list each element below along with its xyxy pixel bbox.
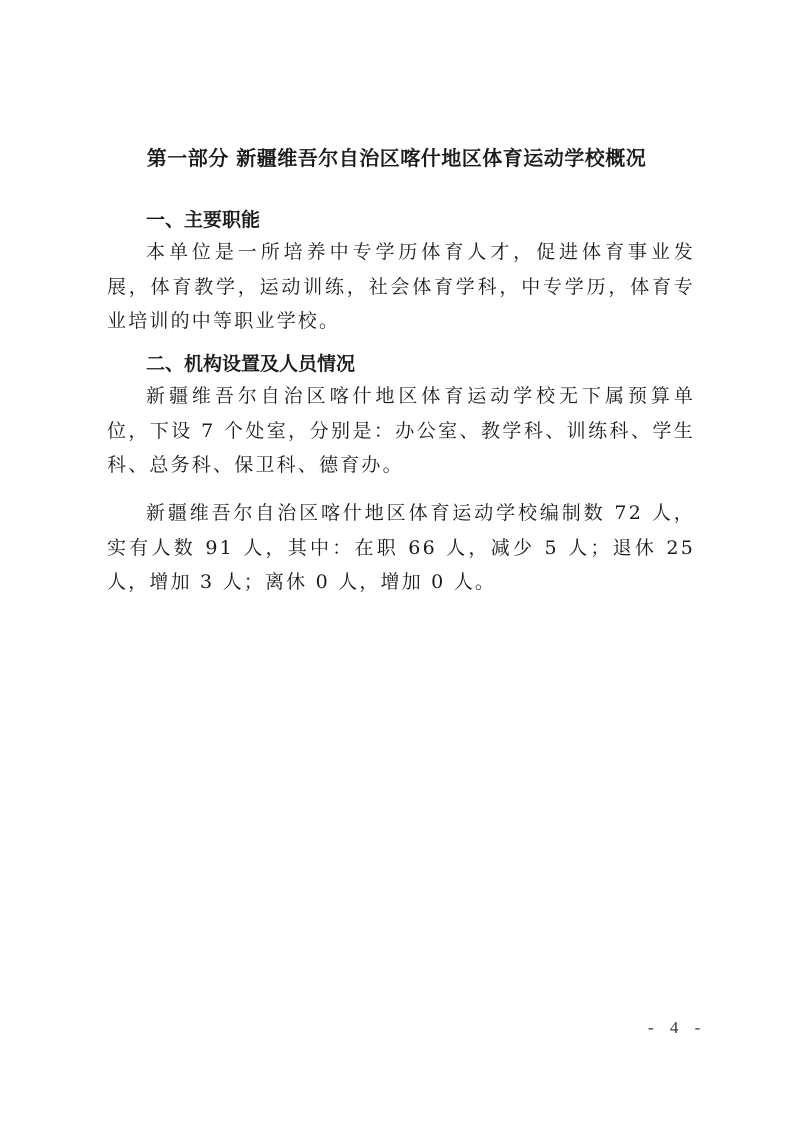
section-heading-main-functions: 一、主要职能	[146, 205, 260, 232]
page-number: - 4 -	[648, 1018, 706, 1038]
paragraph-main-functions: 本单位是一所培养中专学历体育人才，促进体育事业发展，体育教学，运动训练，社会体育…	[107, 235, 695, 339]
paragraph-staffing: 新疆维吾尔自治区喀什地区体育运动学校编制数 72 人，实有人数 91 人，其中：…	[107, 496, 695, 600]
paragraph-departments: 新疆维吾尔自治区喀什地区体育运动学校无下属预算单位，下设 7 个处室，分别是：办…	[107, 379, 695, 483]
page-title: 第一部分 新疆维吾尔自治区喀什地区体育运动学校概况	[0, 142, 793, 171]
section-heading-organization: 二、机构设置及人员情况	[146, 349, 355, 376]
